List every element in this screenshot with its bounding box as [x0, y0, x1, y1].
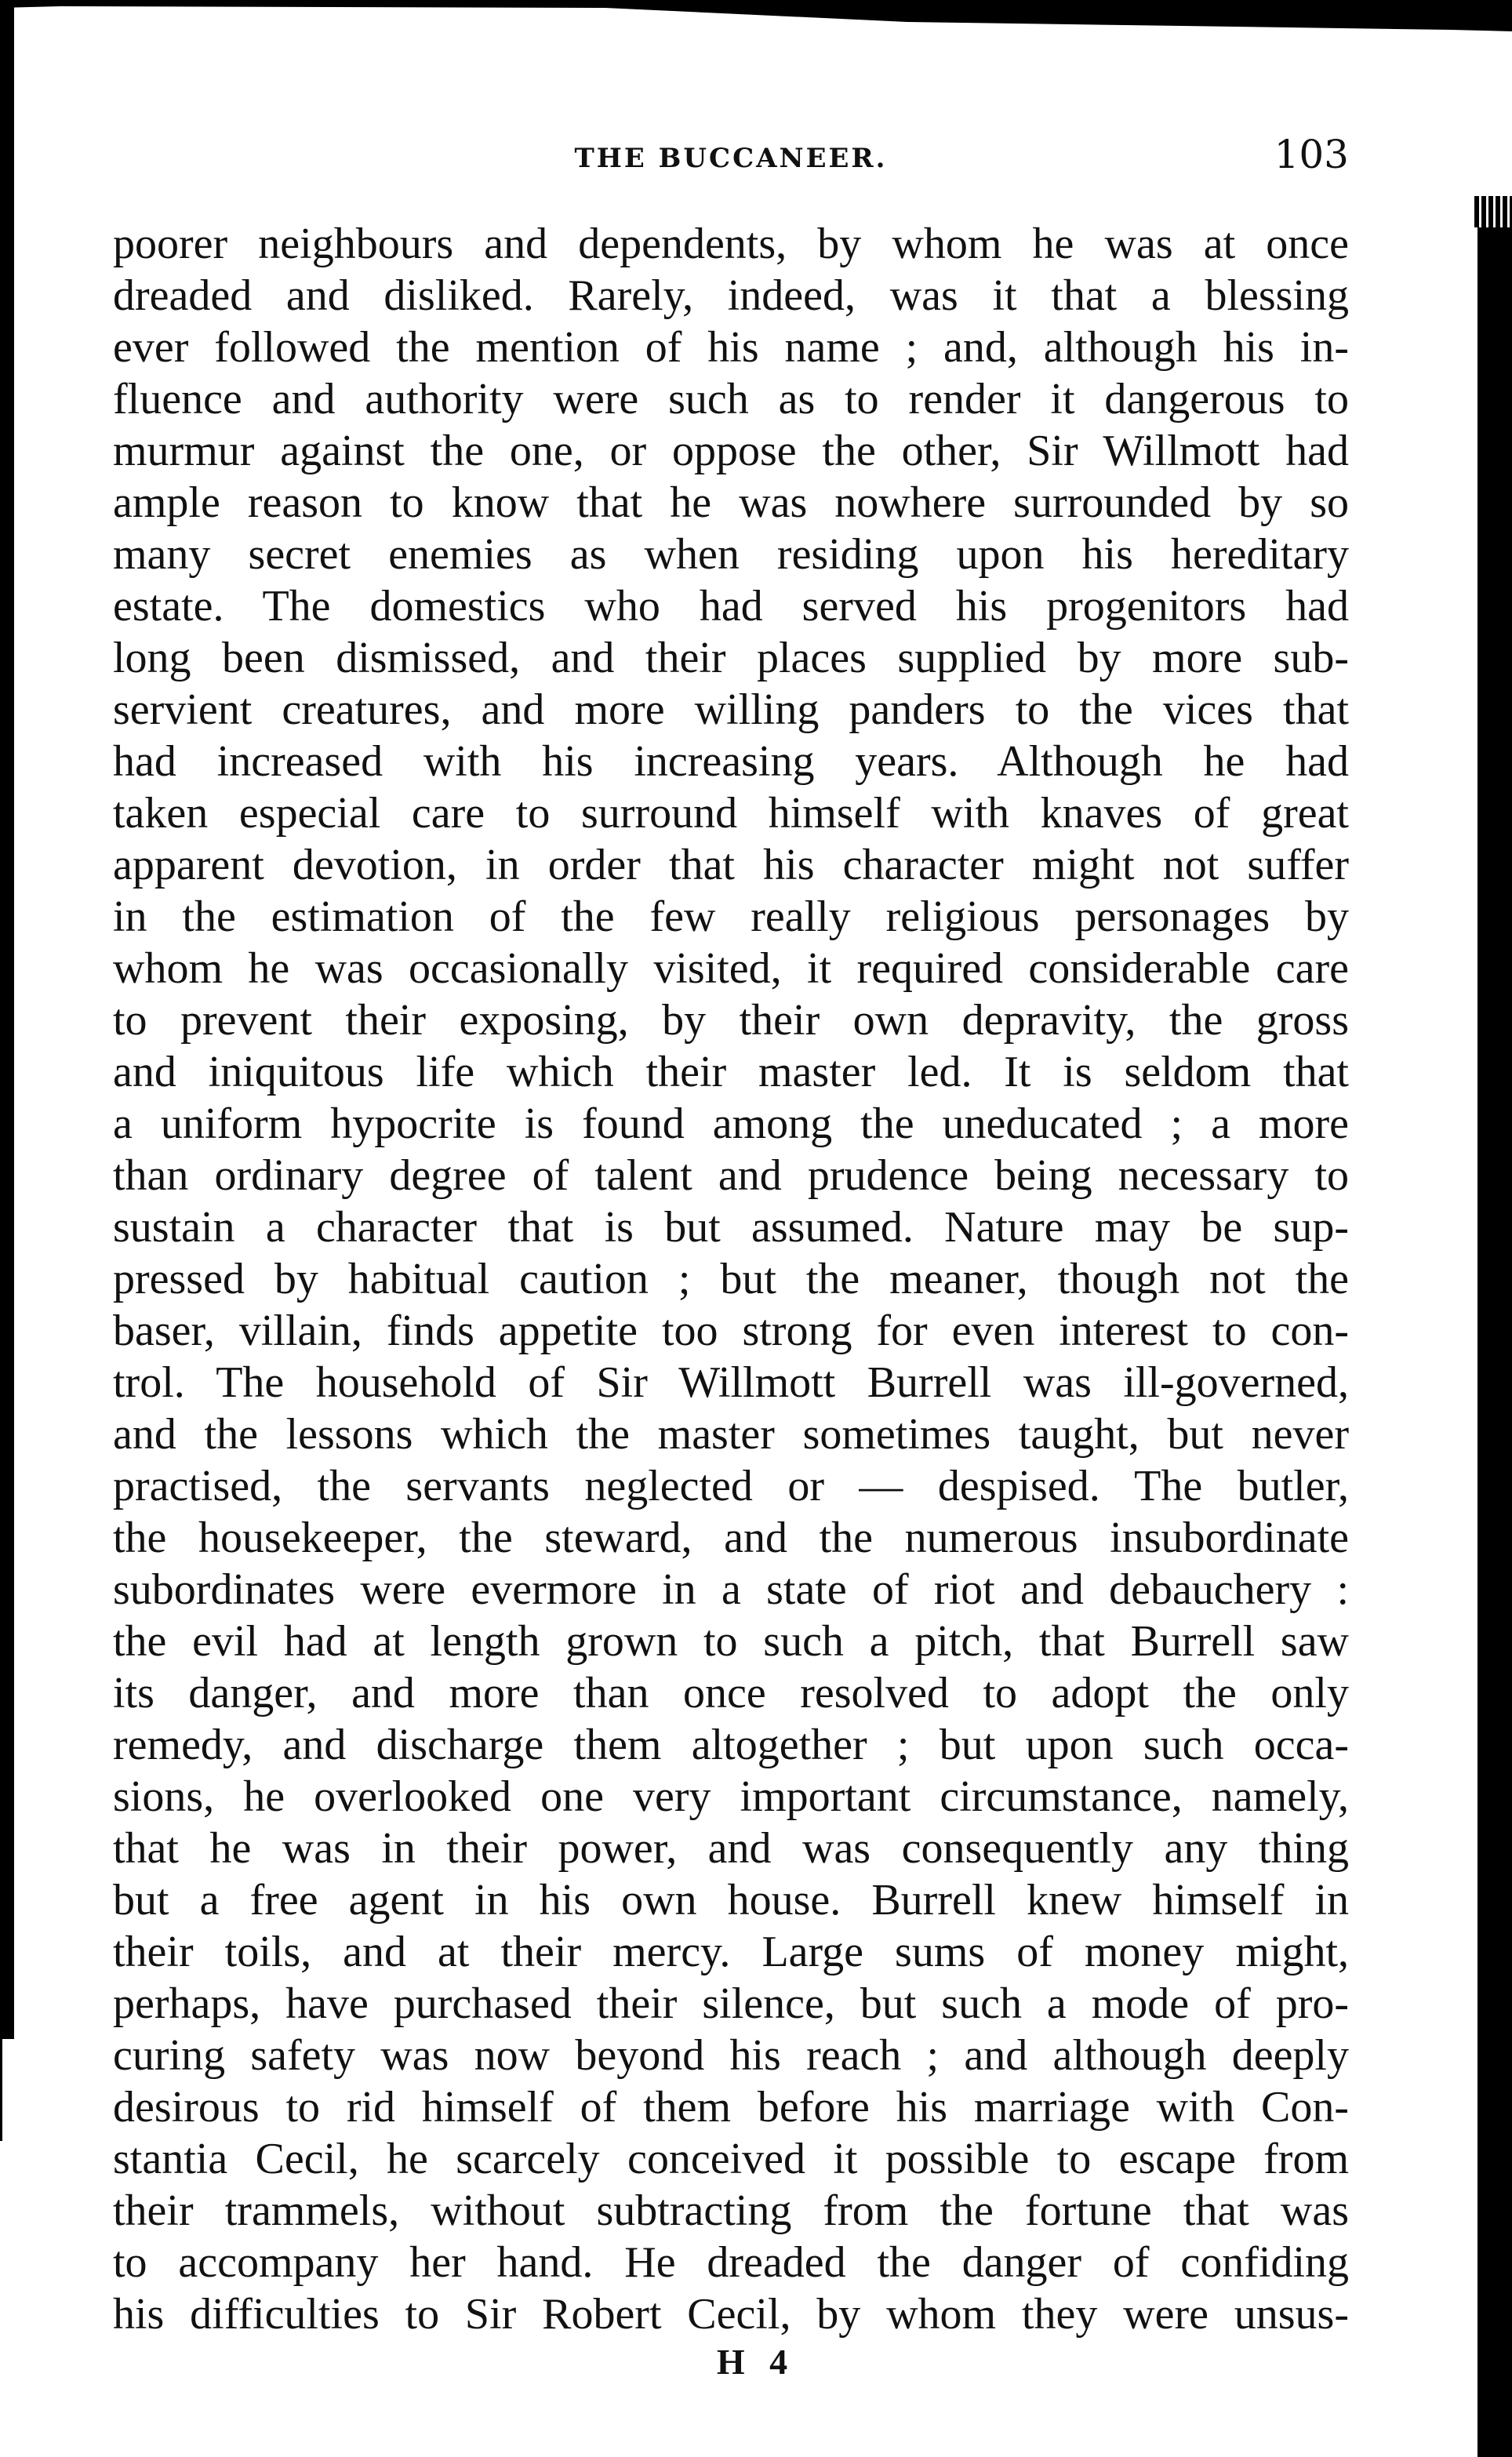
- text-line: pressed by habitual caution ; but the me…: [113, 1253, 1349, 1305]
- text-line: subordinates were evermore in a state of…: [113, 1564, 1349, 1616]
- text-line: whom he was occasionally visited, it req…: [113, 943, 1349, 994]
- text-line: ever followed the mention of his name ; …: [113, 322, 1349, 373]
- scan-border-left: [0, 0, 14, 2039]
- text-line: his difficulties to Sir Robert Cecil, by…: [113, 2288, 1349, 2340]
- text-line: that he was in their power, and was cons…: [113, 1823, 1349, 1874]
- text-line: desirous to rid himself of them before h…: [113, 2081, 1349, 2133]
- text-line: a uniform hypocrite is found among the u…: [113, 1098, 1349, 1150]
- text-line: its danger, and more than once resolved …: [113, 1667, 1349, 1719]
- scan-border-right-fragment: [1474, 196, 1512, 227]
- text-line: stantia Cecil, he scarcely conceived it …: [113, 2133, 1349, 2185]
- text-line: taken especial care to surround himself …: [113, 787, 1349, 839]
- text-line: their toils, and at their mercy. Large s…: [113, 1926, 1349, 1978]
- text-line: the housekeeper, the steward, and the nu…: [113, 1512, 1349, 1564]
- text-line: practised, the servants neglected or — d…: [113, 1460, 1349, 1512]
- text-line: remedy, and discharge them altogether ; …: [113, 1719, 1349, 1771]
- text-line: many secret enemies as when residing upo…: [113, 529, 1349, 580]
- signature-mark: H 4: [0, 2341, 1512, 2382]
- text-line: to prevent their exposing, by their own …: [113, 994, 1349, 1046]
- text-line: poorer neighbours and dependents, by who…: [113, 218, 1349, 270]
- text-line: murmur against the one, or oppose the ot…: [113, 425, 1349, 477]
- text-line: sustain a character that is but assumed.…: [113, 1201, 1349, 1253]
- text-line: and the lessons which the master sometim…: [113, 1408, 1349, 1460]
- text-line: in the estimation of the few really reli…: [113, 891, 1349, 943]
- text-line: had increased with his increasing years.…: [113, 736, 1349, 787]
- text-line: and iniquitous life which their master l…: [113, 1046, 1349, 1098]
- running-head: THE BUCCANEER. 103: [113, 132, 1349, 179]
- text-line: perhaps, have purchased their silence, b…: [113, 1978, 1349, 2030]
- scan-border-right: [1477, 196, 1512, 2457]
- text-line: fluence and authority were such as to re…: [113, 373, 1349, 425]
- text-line: dreaded and disliked. Rarely, indeed, wa…: [113, 270, 1349, 322]
- text-line: ample reason to know that he was nowhere…: [113, 477, 1349, 529]
- text-line: but a free agent in his own house. Burre…: [113, 1874, 1349, 1926]
- text-line: baser, villain, finds appetite too stron…: [113, 1305, 1349, 1357]
- text-line: sions, he overlooked one very important …: [113, 1771, 1349, 1823]
- scan-border-left-thin: [0, 2039, 2, 2141]
- page-number: 103: [1274, 132, 1349, 177]
- scan-border-top: [0, 0, 1512, 31]
- text-line: long been dismissed, and their places su…: [113, 632, 1349, 684]
- text-line: servient creatures, and more willing pan…: [113, 684, 1349, 736]
- running-head-title: THE BUCCANEER.: [113, 143, 1349, 174]
- text-line: estate. The domestics who had served his…: [113, 580, 1349, 632]
- text-line: curing safety was now beyond his reach ;…: [113, 2030, 1349, 2081]
- body-text: poorer neighbours and dependents, by who…: [113, 218, 1349, 2340]
- text-line: their trammels, without subtracting from…: [113, 2185, 1349, 2237]
- text-line: to accompany her hand. He dreaded the da…: [113, 2237, 1349, 2288]
- text-line: than ordinary degree of talent and prude…: [113, 1150, 1349, 1201]
- text-line: trol. The household of Sir Willmott Burr…: [113, 1357, 1349, 1408]
- text-line: the evil had at length grown to such a p…: [113, 1616, 1349, 1667]
- text-line: apparent devotion, in order that his cha…: [113, 839, 1349, 891]
